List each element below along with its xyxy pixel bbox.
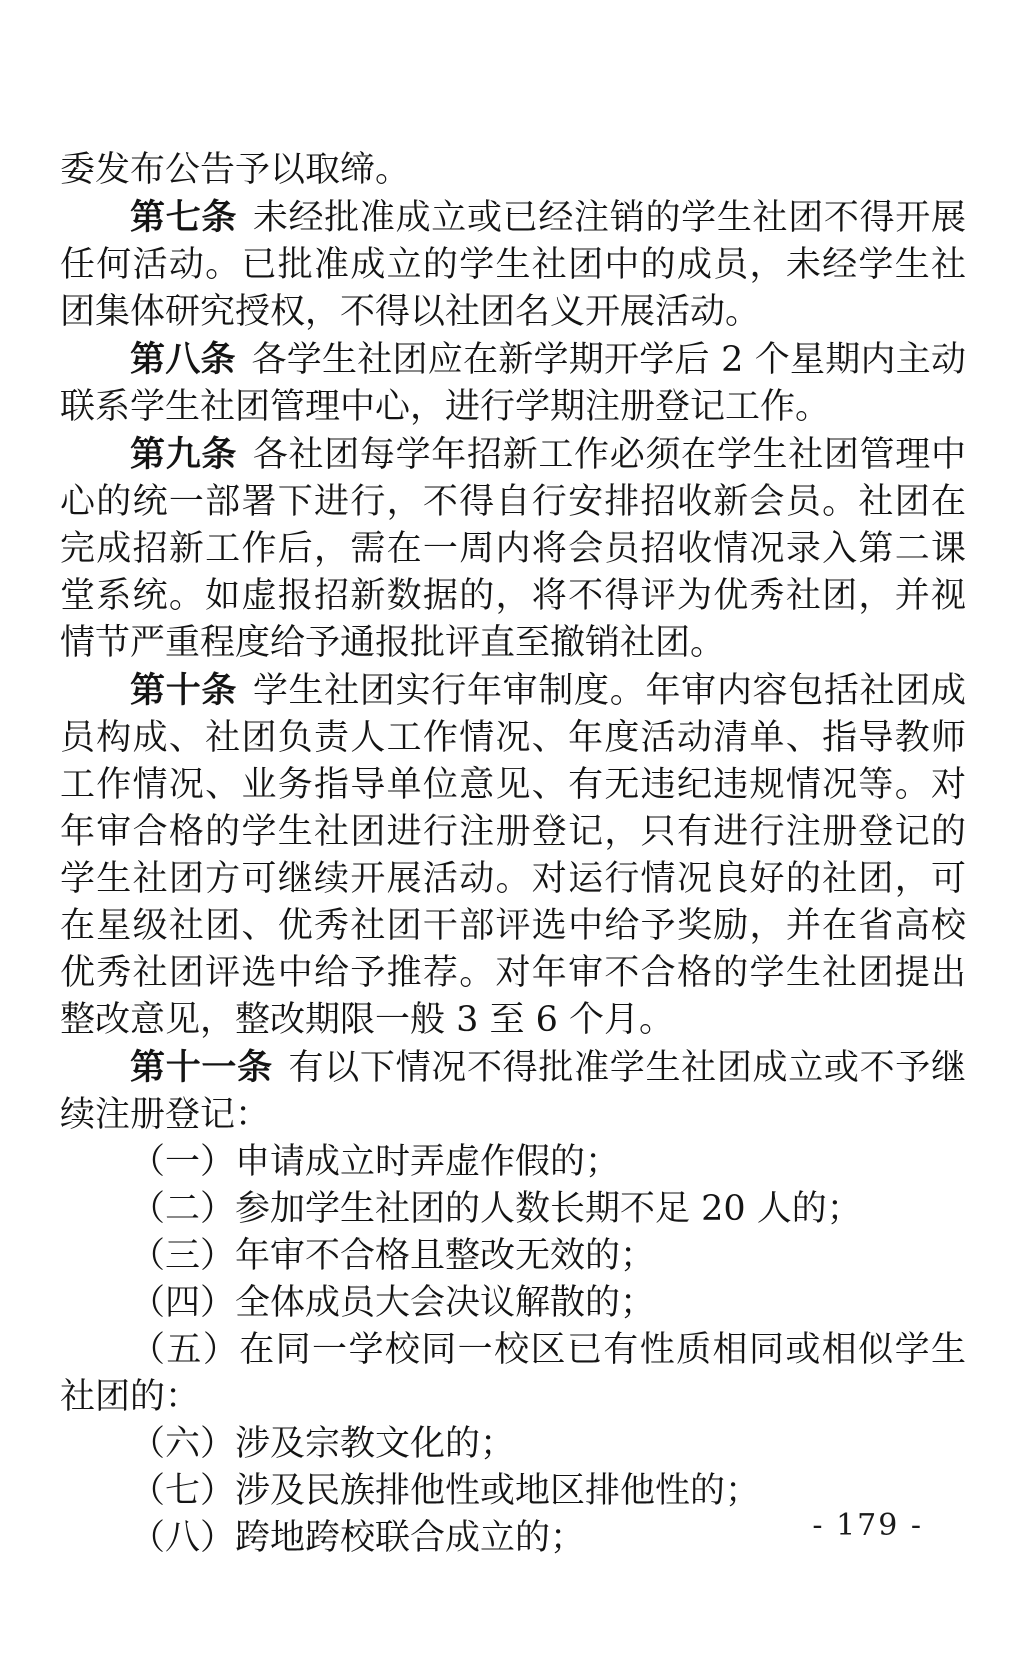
article-10-text: 学生社团实行年审制度。年审内容包括社团成员构成、社团负责人工作情况、年度活动清单… (60, 671, 966, 1040)
list-item-1: （一）申请成立时弄虚作假的； (60, 1139, 966, 1186)
article-10-paragraph: 第十条学生社团实行年审制度。年审内容包括社团成员构成、社团负责人工作情况、年度活… (60, 667, 966, 1044)
continuation-paragraph: 委发布公告予以取缔。 (60, 147, 966, 194)
list-item-4: （四）全体成员大会决议解散的； (60, 1280, 966, 1327)
article-11-label: 第十一条 (130, 1047, 273, 1088)
article-9-paragraph: 第九条各社团每学年招新工作必须在学生社团管理中心的统一部署下进行，不得自行安排招… (60, 431, 966, 667)
list-item-5: （五）在同一学校同一校区已有性质相同或相似学生社团的： (60, 1327, 966, 1421)
continuation-text: 委发布公告予以取缔。 (60, 150, 410, 190)
page-number: - 179 - (812, 1508, 923, 1544)
article-7-label: 第七条 (130, 197, 237, 238)
list-item-6: （六）涉及宗教文化的； (60, 1421, 966, 1468)
list-item-3: （三）年审不合格且整改无效的； (60, 1233, 966, 1280)
list-item-2: （二）参加学生社团的人数长期不足 20 人的； (60, 1186, 966, 1233)
article-9-label: 第九条 (130, 434, 237, 475)
document-body: 委发布公告予以取缔。 第七条未经批准成立或已经注销的学生社团不得开展任何活动。已… (60, 147, 966, 1562)
article-8-label: 第八条 (130, 339, 236, 380)
article-11-paragraph: 第十一条有以下情况不得批准学生社团成立或不予继续注册登记： (60, 1044, 966, 1139)
article-10-label: 第十条 (130, 670, 237, 711)
article-7-paragraph: 第七条未经批准成立或已经注销的学生社团不得开展任何活动。已批准成立的学生社团中的… (60, 194, 966, 336)
document-page: 委发布公告予以取缔。 第七条未经批准成立或已经注销的学生社团不得开展任何活动。已… (0, 0, 1034, 1654)
article-8-paragraph: 第八条各学生社团应在新学期开学后 2 个星期内主动联系学生社团管理中心，进行学期… (60, 336, 966, 431)
